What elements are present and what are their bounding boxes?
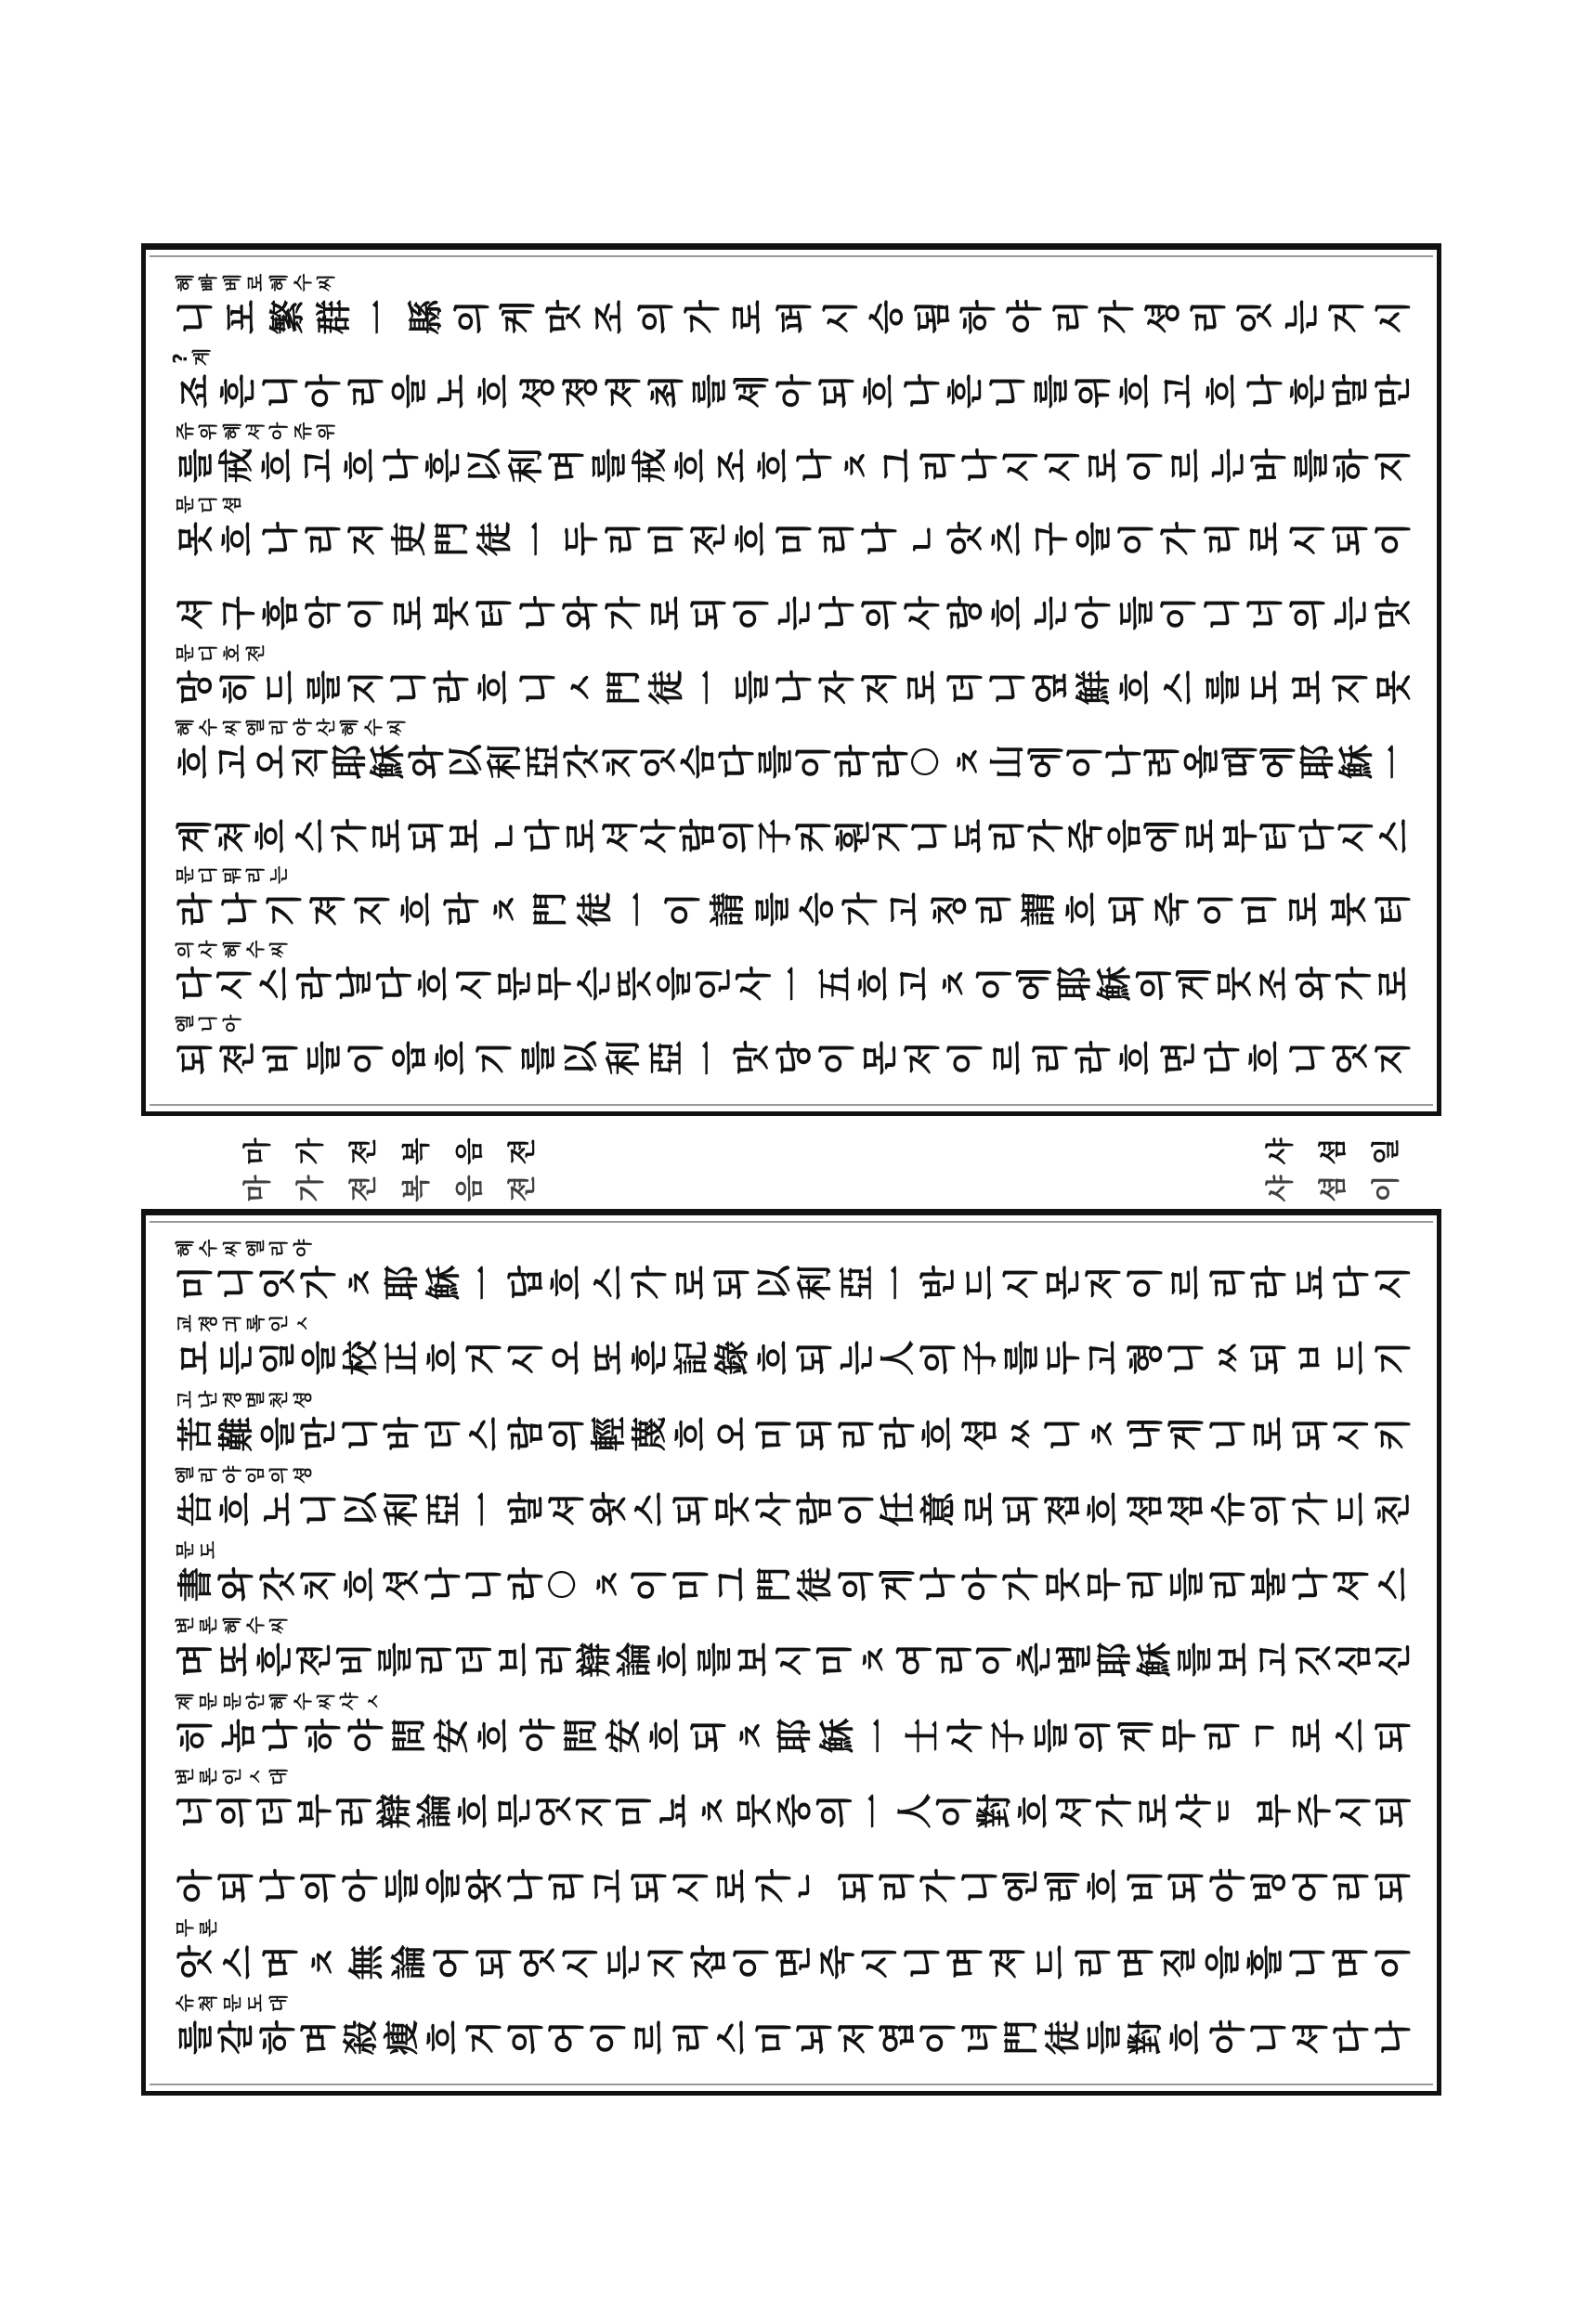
glyph: 를 <box>743 889 794 930</box>
glyph: 씨 <box>264 1611 291 1634</box>
glyph: 되 <box>1099 889 1150 930</box>
glyph: 지 <box>1364 445 1415 486</box>
glyph: 로 <box>1365 964 1416 1004</box>
glyph: 리 <box>193 1461 220 1484</box>
line-text: 죠흔니아리을노흐셩졍져최를셰아되흐나흔니를위흐고흐나흔말만 <box>172 366 1411 417</box>
running-header-row-1: 마가젼복음젼 샤셤일 <box>241 1131 1423 1172</box>
glyph: 리 <box>264 713 291 736</box>
glyph: 맛 <box>1364 593 1415 634</box>
line-text: 다시스라날다흐시문무슨뜻을인사一五흐고ㅊ이에耶穌의게뭇조와가로 <box>172 958 1411 1009</box>
glyph: 나 <box>211 889 262 930</box>
glyph: 가 <box>287 1175 328 1202</box>
ruby-gloss: 혜수씨엘리야산혜수씨 <box>172 711 407 738</box>
glyph: 승 <box>858 297 909 338</box>
glyph: 리 <box>965 889 1016 930</box>
glyph: 되 <box>1364 1866 1415 1907</box>
glyph: 리 <box>1180 297 1232 338</box>
glyph: 니 <box>193 1009 220 1032</box>
glyph: 천 <box>264 1384 291 1408</box>
glyph: 이 <box>1363 1175 1404 1202</box>
text-line: 변론혜수씨며또흔젼비를리더브러辯論흐를보시미ㅊ여리이츤별耶穌를보고깃심신 <box>172 1629 1411 1685</box>
chapter-label: 샤셤일 <box>1264 1131 1423 1172</box>
glyph: 복 <box>393 1175 434 1202</box>
book-title-label: 마가젼복음젼 <box>241 1131 559 1172</box>
glyph: ㅅ <box>288 1309 315 1332</box>
glyph: 조 <box>581 297 632 338</box>
glyph: 빠 <box>193 268 220 292</box>
ruby-gloss: 문디호젼 <box>172 637 266 664</box>
glyph: 로 <box>1276 889 1327 930</box>
glyph: 되 <box>1364 1715 1415 1756</box>
line-text: 며또흔젼비를리더브러辯論흐를보시미ㅊ여리이츤별耶穌를보고깃심신 <box>172 1634 1411 1685</box>
text-line: ?계죠흔니아리을노흐셩졍져최를셰아되흐나흔니를위흐고흐나흔말만 <box>172 361 1411 417</box>
glyph: 사 <box>193 935 220 958</box>
text-line: 혜수씨엘리야산혜수씨흐고오직耶穌와以利亞갓치잇슴다를이라라○ㅊ山에이나려올때에耶… <box>172 732 1411 787</box>
text-line: 무론앗스며ㅊ無論어되엇시든지잡이면죽시니며져드리며질을흘니며이 <box>172 1932 1411 1988</box>
book-title-label: 마가젼복음젼 <box>241 1168 559 1209</box>
line-text: 告흐노니以利亞一발셔왓스되뭇사람이任意로되졉흐셤셤슈의가드친 <box>172 1484 1411 1535</box>
glyph: 음 <box>446 1138 487 1165</box>
line-text: 苦難을만니바더스람의輕蔑흐오미되리라흐셤ㅆ니ㅊ내게니로되시키 <box>172 1409 1411 1460</box>
glyph: 위 <box>311 416 338 439</box>
text-line: 고난경멸천셩苦難을만니바더스람의輕蔑흐오미되리라흐셤ㅆ니ㅊ내게니로되시키 <box>172 1404 1411 1460</box>
glyph: 죽 <box>1142 889 1193 930</box>
glyph: 셤 <box>1310 1138 1351 1165</box>
glyph: 아 <box>217 1009 244 1032</box>
text-line: 혜빠베로혜수씨니포繁群一縣의케맛조의가로퍼시승됨하야리가셩리잇는거시 <box>172 287 1411 343</box>
glyph: 친 <box>1364 1488 1415 1529</box>
ruby-gloss: 의사혜수씨 <box>172 933 290 960</box>
glyph: 시 <box>1364 297 1415 338</box>
glyph: 스 <box>1364 1564 1415 1605</box>
glyph: 씨 <box>264 935 291 958</box>
line-text: 아되나의아들을왓나리고되시로가ᄂ되리가니엔레흐비되야빙어리되 <box>172 1861 1411 1912</box>
text-line: 혜수씨엘리야미니잇가ㅊ耶穌一답흐스가로되以利亞一반드시몬저이르리라됴다시 <box>172 1253 1411 1308</box>
glyph: 론 <box>193 1611 220 1634</box>
glyph: 나 <box>1364 2017 1415 2058</box>
glyph: 씨 <box>311 268 338 292</box>
top-rows: 혜빠베로혜수씨니포繁群一縣의케맛조의가로퍼시승됨하야리가셩리잇는거시?계죠흔니아… <box>172 287 1411 1084</box>
line-text: 히놈나하야問安흐야問安흐되ㅊ耶穌一士사子들의게무리ㄱ로스되 <box>172 1710 1411 1761</box>
glyph: 아 <box>264 416 291 439</box>
ruby-gloss: ?계 <box>172 341 212 368</box>
ruby-gloss: 교졍긔록인ㅅ <box>172 1307 313 1334</box>
glyph: 젼 <box>499 1175 540 1202</box>
ruby-gloss: 고난경멸천셩 <box>172 1383 313 1410</box>
glyph: 야 <box>288 1234 315 1257</box>
glyph: 지 <box>1364 1037 1415 1078</box>
glyph: 스 <box>1366 816 1417 855</box>
glyph: 셩 <box>288 1384 315 1408</box>
text-line: 문디호젼망히드를지니라흐니ㅅ門徒一들나자저로더니엎鮮흐스를도보지못 <box>172 657 1411 713</box>
glyph: 繁 <box>259 297 310 338</box>
chapter-label: 샤셤이 <box>1264 1168 1423 1209</box>
glyph: 라 <box>167 889 218 930</box>
line-text: 모든일을校正흐거시오또흔記錄흐되는人의子를두고형니ㅆ되ㅂ드기 <box>172 1332 1411 1383</box>
line-text: 흐고오직耶穌와以利亞갓치잇슴다를이라라○ㅊ山에이나려올때에耶穌一 <box>172 736 1411 787</box>
ruby-gloss: 엘리야임의셩 <box>172 1459 313 1486</box>
glyph: 셤 <box>217 490 244 513</box>
glyph: 못 <box>1364 667 1415 708</box>
glyph: 됨 <box>904 297 955 338</box>
glyph: 가 <box>673 297 724 338</box>
glyph: 론 <box>193 1914 220 1937</box>
glyph: 는 <box>1272 297 1323 338</box>
glyph: 혜 <box>264 1687 291 1710</box>
glyph: 셩 <box>288 1461 315 1484</box>
line-text: 계쳐흐스가로되보ㄴ다로셔사람의子커훤거니됴리가죽음에로부터다시스 <box>172 811 1411 862</box>
line-text: 를戒흐고흐나흔以利며를戒흐조흐나ㅊ그리나시시로이르는바를하지 <box>172 440 1411 491</box>
text-line: 셔구흠악이로붓터나와가로되이는나의사랑흐는아들이니너의는맛 <box>172 583 1411 639</box>
glyph: 셩 <box>1134 297 1185 338</box>
glyph: 론 <box>193 1762 220 1785</box>
glyph: 는 <box>264 861 291 884</box>
glyph: 인 <box>264 1309 291 1332</box>
glyph: 샤 <box>334 1687 361 1710</box>
glyph: 음 <box>446 1175 487 1202</box>
bottom-rows: 혜수씨엘리야미니잇가ㅊ耶穌一답흐스가로되以利亞一반드시몬저이르리라됴다시교졍긔록… <box>172 1253 1411 2063</box>
glyph: 도 <box>193 1536 220 1559</box>
glyph: 기 <box>1364 1338 1415 1379</box>
ruby-gloss: 엘니아 <box>172 1007 242 1034</box>
line-text: 셔구흠악이로붓터나와가로되이는나의사랑흐는아들이니너의는맛 <box>172 588 1411 639</box>
line-text: 니포繁群一縣의케맛조의가로퍼시승됨하야리가셩리잇는거시 <box>172 292 1411 343</box>
glyph: 마 <box>234 1175 275 1202</box>
glyph: 되 <box>1365 1791 1416 1831</box>
glyph: 키 <box>1364 1413 1415 1454</box>
text-line: 의사혜수씨다시스라날다흐시문무슨뜻을인사一五흐고ㅊ이에耶穌의게뭇조와가로 <box>172 954 1411 1009</box>
glyph: 셤 <box>1310 1175 1351 1202</box>
glyph: 群 <box>305 297 356 338</box>
glyph: 디 <box>193 861 220 884</box>
glyph: 로 <box>720 297 771 338</box>
glyph: 계 <box>187 343 214 366</box>
running-header-row-2: 마가젼복음젼 샤셤이 <box>241 1168 1423 1209</box>
line-text: 망히드를지니라흐니ㅅ門徒一들나자저로더니엎鮮흐스를도보지못 <box>172 662 1411 713</box>
glyph: 대 <box>264 1989 291 2012</box>
glyph: 맛 <box>535 297 586 338</box>
ruby-gloss: 변론혜수씨 <box>172 1609 290 1636</box>
glyph: 만 <box>1364 370 1415 411</box>
ruby-gloss: 문디셤 <box>172 488 242 515</box>
glyph: 칭 <box>921 889 972 930</box>
ruby-gloss: 슈쳑문도대 <box>172 1987 290 2014</box>
line-text: 미니잇가ㅊ耶穌一답흐스가로되以利亞一반드시몬저이르리라됴다시 <box>172 1257 1411 1308</box>
top-text-panel: 혜빠베로혜수씨니포繁群一縣의케맛조의가로퍼시승됨하야리가셩리잇는거시?계죠흔니아… <box>141 243 1441 1116</box>
glyph: 고 <box>877 889 928 930</box>
glyph: 의 <box>628 297 679 338</box>
ruby-gloss: 쥬위혜셔아쥬위 <box>172 415 336 442</box>
glyph: 퍼 <box>765 297 816 338</box>
glyph: 젼 <box>241 639 267 662</box>
glyph: 이 <box>1364 1941 1415 1982</box>
line-text: 라나기져지흐라ㅊ門徒一이請를승가고칭리謂흐되죽이미로붓터 <box>172 884 1411 935</box>
glyph: 젼 <box>340 1175 381 1202</box>
glyph: 리 <box>1042 297 1093 338</box>
glyph: 흐 <box>388 889 439 930</box>
glyph: 쳑 <box>193 1989 220 2012</box>
text-line: 변론인ㅅ대너의더부러辯論흐믄엇지미뇨ㅊ뭇중의一人이對흐셔가로샤ᄃ부주시되 <box>172 1781 1411 1837</box>
glyph: 케 <box>489 297 541 338</box>
ruby-gloss: 혜수씨엘리야 <box>172 1232 313 1259</box>
glyph: 난 <box>193 1384 220 1408</box>
glyph: 붓 <box>1320 889 1371 930</box>
text-line: 교졍긔록인ㅅ모든일을校正흐거시오또흔記錄흐되는人의子를두고형니ㅆ되ㅂ드기 <box>172 1328 1411 1383</box>
ruby-gloss: 문디뭐리는 <box>172 859 290 886</box>
glyph: 샤 <box>1258 1175 1298 1202</box>
glyph: 마 <box>234 1138 275 1165</box>
text-line: 졔문문안혜수씨샤ㅅ히놈나하야問安흐야問安흐되ㅊ耶穌一士사子들의게무리ㄱ로스되 <box>172 1706 1411 1761</box>
glyph: 졍 <box>193 1309 220 1332</box>
glyph: 씨 <box>382 713 409 736</box>
glyph: 디 <box>193 490 220 513</box>
glyph: 가 <box>287 1138 328 1165</box>
line-text: 되젼비들이읍흐기를以利亞一맛당이몬저이르리라흐면다흐니엇지 <box>172 1032 1411 1084</box>
text-line: 문도書와갓치흐셧나니라○ㅊ이미그門徒의게나아가뭇무리들리불나셔스 <box>172 1554 1411 1610</box>
glyph: 거 <box>1319 297 1370 338</box>
glyph: 젼 <box>499 1138 540 1165</box>
glyph: 잇 <box>1227 297 1278 338</box>
glyph: 一 <box>351 297 402 338</box>
glyph: 門 <box>522 889 573 930</box>
glyph: 縣 <box>397 297 449 338</box>
glyph: 지 <box>345 889 396 930</box>
glyph: 가 <box>1088 297 1140 338</box>
glyph: 포 <box>213 297 264 338</box>
text-line: 문디뭐리는라나기져지흐라ㅊ門徒一이請를승가고칭리謂흐되죽이미로붓터 <box>172 879 1411 935</box>
glyph: ㅅ <box>358 1687 385 1710</box>
ruby-gloss: 변론인ㅅ대 <box>172 1760 290 1787</box>
glyph: 이 <box>1364 519 1415 560</box>
line-text: 앗스며ㅊ無論어되엇시든지잡이면죽시니며져드리며질을흘니며이 <box>172 1937 1411 1988</box>
glyph: 혜 <box>334 713 361 736</box>
glyph: 請 <box>699 889 750 930</box>
glyph: 혜 <box>264 268 291 292</box>
bottom-text-panel: 혜수씨엘리야미니잇가ㅊ耶穌一답흐스가로되以利亞一반드시몬저이르리라됴다시교졍긔록… <box>141 1209 1441 2096</box>
ruby-gloss: 졔문문안혜수씨샤ㅅ <box>172 1685 384 1712</box>
glyph: 샤 <box>1258 1138 1298 1165</box>
glyph: 시 <box>812 297 863 338</box>
glyph: 니 <box>167 297 218 338</box>
text-line: 계쳐흐스가로되보ㄴ다로셔사람의子커훤거니됴리가죽음에로부터다시스 <box>172 806 1411 862</box>
text-line: 슈쳑문도대를갈하며殺瘦흐거의어이르리스미뇌저엽이녀門徒들對흐야니셔다나 <box>172 2007 1411 2063</box>
glyph: 의 <box>264 1461 291 1484</box>
glyph: 수 <box>193 713 220 736</box>
ruby-gloss: 무론 <box>172 1912 219 1939</box>
text-line: 아되나의아들을왓나리고되시로가ᄂ되리가니엔레흐비되야빙어리되 <box>172 1856 1411 1912</box>
ruby-gloss: 혜빠베로혜수씨 <box>172 266 336 293</box>
glyph: 시 <box>1364 1263 1415 1304</box>
glyph: 대 <box>264 1762 291 1785</box>
glyph: 리 <box>264 1234 291 1257</box>
line-text: 못흐나리저吏門徒一두리미전흐미리나ㄴ앗츠구을이가리로시되이 <box>172 513 1411 565</box>
text-line: 쥬위혜셔아쥬위를戒흐고흐나흔以利며를戒흐조흐나ㅊ그리나시시로이르는바를하지 <box>172 435 1411 491</box>
glyph: 디 <box>193 639 220 662</box>
glyph: 하 <box>950 297 1001 338</box>
glyph: 위 <box>193 416 220 439</box>
glyph: 徒 <box>566 889 617 930</box>
text-line: 문디셤못흐나리저吏門徒一두리미전흐미리나ㄴ앗츠구을이가리로시되이 <box>172 509 1411 565</box>
glyph: 야 <box>996 297 1047 338</box>
glyph: 수 <box>193 1234 220 1257</box>
line-text: 를갈하며殺瘦흐거의어이르리스미뇌저엽이녀門徒들對흐야니셔다나 <box>172 2012 1411 2063</box>
text-line: 엘리야임의셩告흐노니以利亞一발셔왓스되뭇사람이任意로되졉흐셤셤슈의가드친 <box>172 1479 1411 1535</box>
glyph: 의 <box>443 297 494 338</box>
glyph: 신 <box>1365 1640 1416 1680</box>
glyph: 문 <box>193 1687 220 1710</box>
line-text: 書와갓치흐셧나니라○ㅊ이미그門徒의게나아가뭇무리들리불나셔스 <box>172 1559 1411 1610</box>
ruby-gloss: 문도 <box>172 1534 219 1561</box>
glyph: 젼 <box>340 1138 381 1165</box>
glyph: 터 <box>1364 889 1415 930</box>
glyph: 一 <box>1366 742 1417 781</box>
line-text: 너의더부러辯論흐믄엇지미뇨ㅊ뭇중의一人이對흐셔가로샤ᄃ부주시되 <box>172 1785 1411 1837</box>
text-line: 엘니아되젼비들이읍흐기를以利亞一맛당이몬저이르리라흐면다흐니엇지 <box>172 1028 1411 1084</box>
glyph: 복 <box>393 1138 434 1165</box>
glyph: 일 <box>1363 1138 1404 1165</box>
